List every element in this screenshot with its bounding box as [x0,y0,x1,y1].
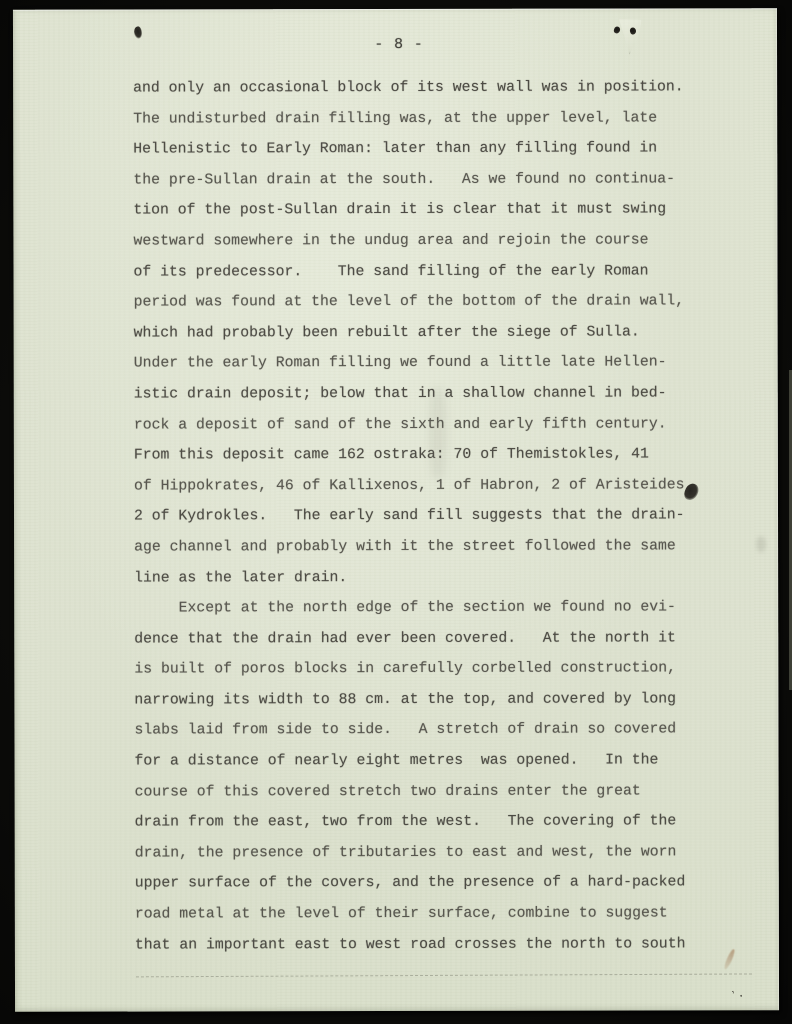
crease-line-bottom [136,973,752,977]
typewritten-line: which had probably been rebuilt after th… [134,317,734,349]
typewritten-line: Except at the north edge of the section … [134,592,734,624]
typewritten-line: and only an occasional block of its west… [133,72,733,104]
smudge-center [429,387,447,479]
typewritten-line: slabs laid from side to side. A stretch … [134,715,734,747]
typewritten-line: 2 of Kydrokles. The early sand fill sugg… [134,501,734,533]
photo-background: - 8 - and only an occasional block of it… [0,0,792,1024]
typewritten-line: narrowing its width to 88 cm. at the top… [134,684,734,716]
typewritten-line: tion of the post-Sullan drain it is clea… [133,195,733,227]
typewritten-line: upper surface of the covers, and the pre… [135,868,735,900]
document-page: - 8 - and only an occasional block of it… [13,8,779,1012]
page-number: - 8 - [119,36,679,53]
typewritten-line: road metal at the level of their surface… [135,898,735,930]
typewritten-line: westward somewhere in the undug area and… [133,225,733,257]
typewritten-line: drain from the east, two from the west. … [135,807,735,839]
typewritten-line: Under the early Roman filling we found a… [134,348,734,380]
typewritten-line: age channel and probably with it the str… [134,531,734,563]
smudge-right-margin [756,536,766,552]
typewritten-line: is built of poros blocks in carefully co… [134,654,734,686]
staple-hole-left [613,26,621,35]
pen-mark-bottom-right: ʼ. [730,988,748,1002]
typewritten-line: The undisturbed drain filling was, at th… [133,103,733,135]
typewritten-line: course of this covered stretch two drain… [135,776,735,808]
typewritten-line: of its predecessor. The sand filling of … [133,256,733,288]
typewritten-line: Hellenistic to Early Roman: later than a… [133,133,733,165]
typewritten-line: line as the later drain. [134,562,734,594]
typewritten-text-block: and only an occasional block of its west… [133,72,735,960]
typewritten-line: the pre-Sullan drain at the south. As we… [133,164,733,196]
typewritten-line: period was found at the level of the bot… [134,286,734,318]
typewritten-line: that an important east to west road cros… [135,929,735,961]
typewritten-line: for a distance of nearly eight metres wa… [134,745,734,777]
typewritten-line: drain, the presence of tributaries to ea… [135,837,735,869]
typewritten-line: dence that the drain had ever been cover… [134,623,734,655]
